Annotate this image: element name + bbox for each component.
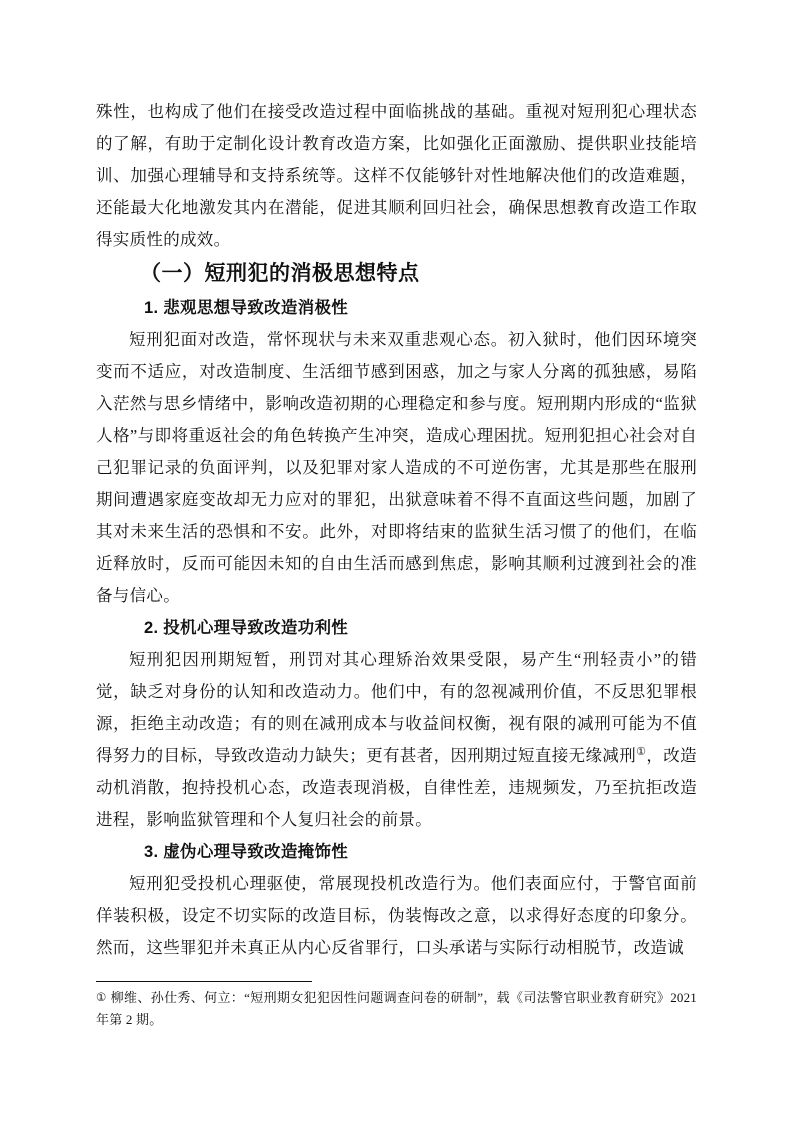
subsection-heading-2: 2. 投机心理导致改造功利性: [96, 612, 697, 644]
continuation-paragraph: 殊性，也构成了他们在接受改造过程中面临挑战的基础。重视对短刑犯心理状态的了解，有…: [96, 96, 697, 256]
subsection-paragraph-1: 短刑犯面对改造，常怀现状与未来双重悲观心态。初入狱时，他们因环境突变而不适应，对…: [96, 324, 697, 612]
subsection-paragraph-3: 短刑犯受投机心理驱使，常展现投机改造行为。他们表面应付，于警官面前佯装积极，设定…: [96, 868, 697, 964]
subsection-heading-3: 3. 虚伪心理导致改造掩饰性: [96, 836, 697, 868]
document-body: 殊性，也构成了他们在接受改造过程中面临挑战的基础。重视对短刑犯心理状态的了解，有…: [96, 96, 697, 964]
subsection-paragraph-2: 短刑犯因刑期短暂，刑罚对其心理矫治效果受限，易产生“刑轻责小”的错觉，缺乏对身份…: [96, 644, 697, 836]
footnote-text-block: ①柳维、孙仕秀、何立：“短刑期女犯犯因性问题调查问卷的研制”，载《司法警官职业教…: [96, 987, 697, 1031]
subsection-heading-1: 1. 悲观思想导致改造消极性: [96, 292, 697, 324]
paragraph-text-before-footnote-ref: 短刑犯因刑期短暂，刑罚对其心理矫治效果受限，易产生“刑轻责小”的错觉，缺乏对身份…: [96, 650, 697, 765]
footnote-marker: ①: [96, 992, 107, 1004]
document-page: 殊性，也构成了他们在接受改造过程中面临挑战的基础。重视对短刑犯心理状态的了解，有…: [0, 0, 793, 1122]
footnote-divider-line: [96, 981, 312, 982]
footnote-area: ①柳维、孙仕秀、何立：“短刑期女犯犯因性问题调查问卷的研制”，载《司法警官职业教…: [96, 981, 697, 1031]
footnote-reference-superscript[interactable]: ①: [636, 746, 646, 758]
section-heading: （一）短刑犯的消极思想特点: [96, 256, 697, 292]
footnote-text: 柳维、孙仕秀、何立：“短刑期女犯犯因性问题调查问卷的研制”，载《司法警官职业教育…: [96, 990, 697, 1027]
